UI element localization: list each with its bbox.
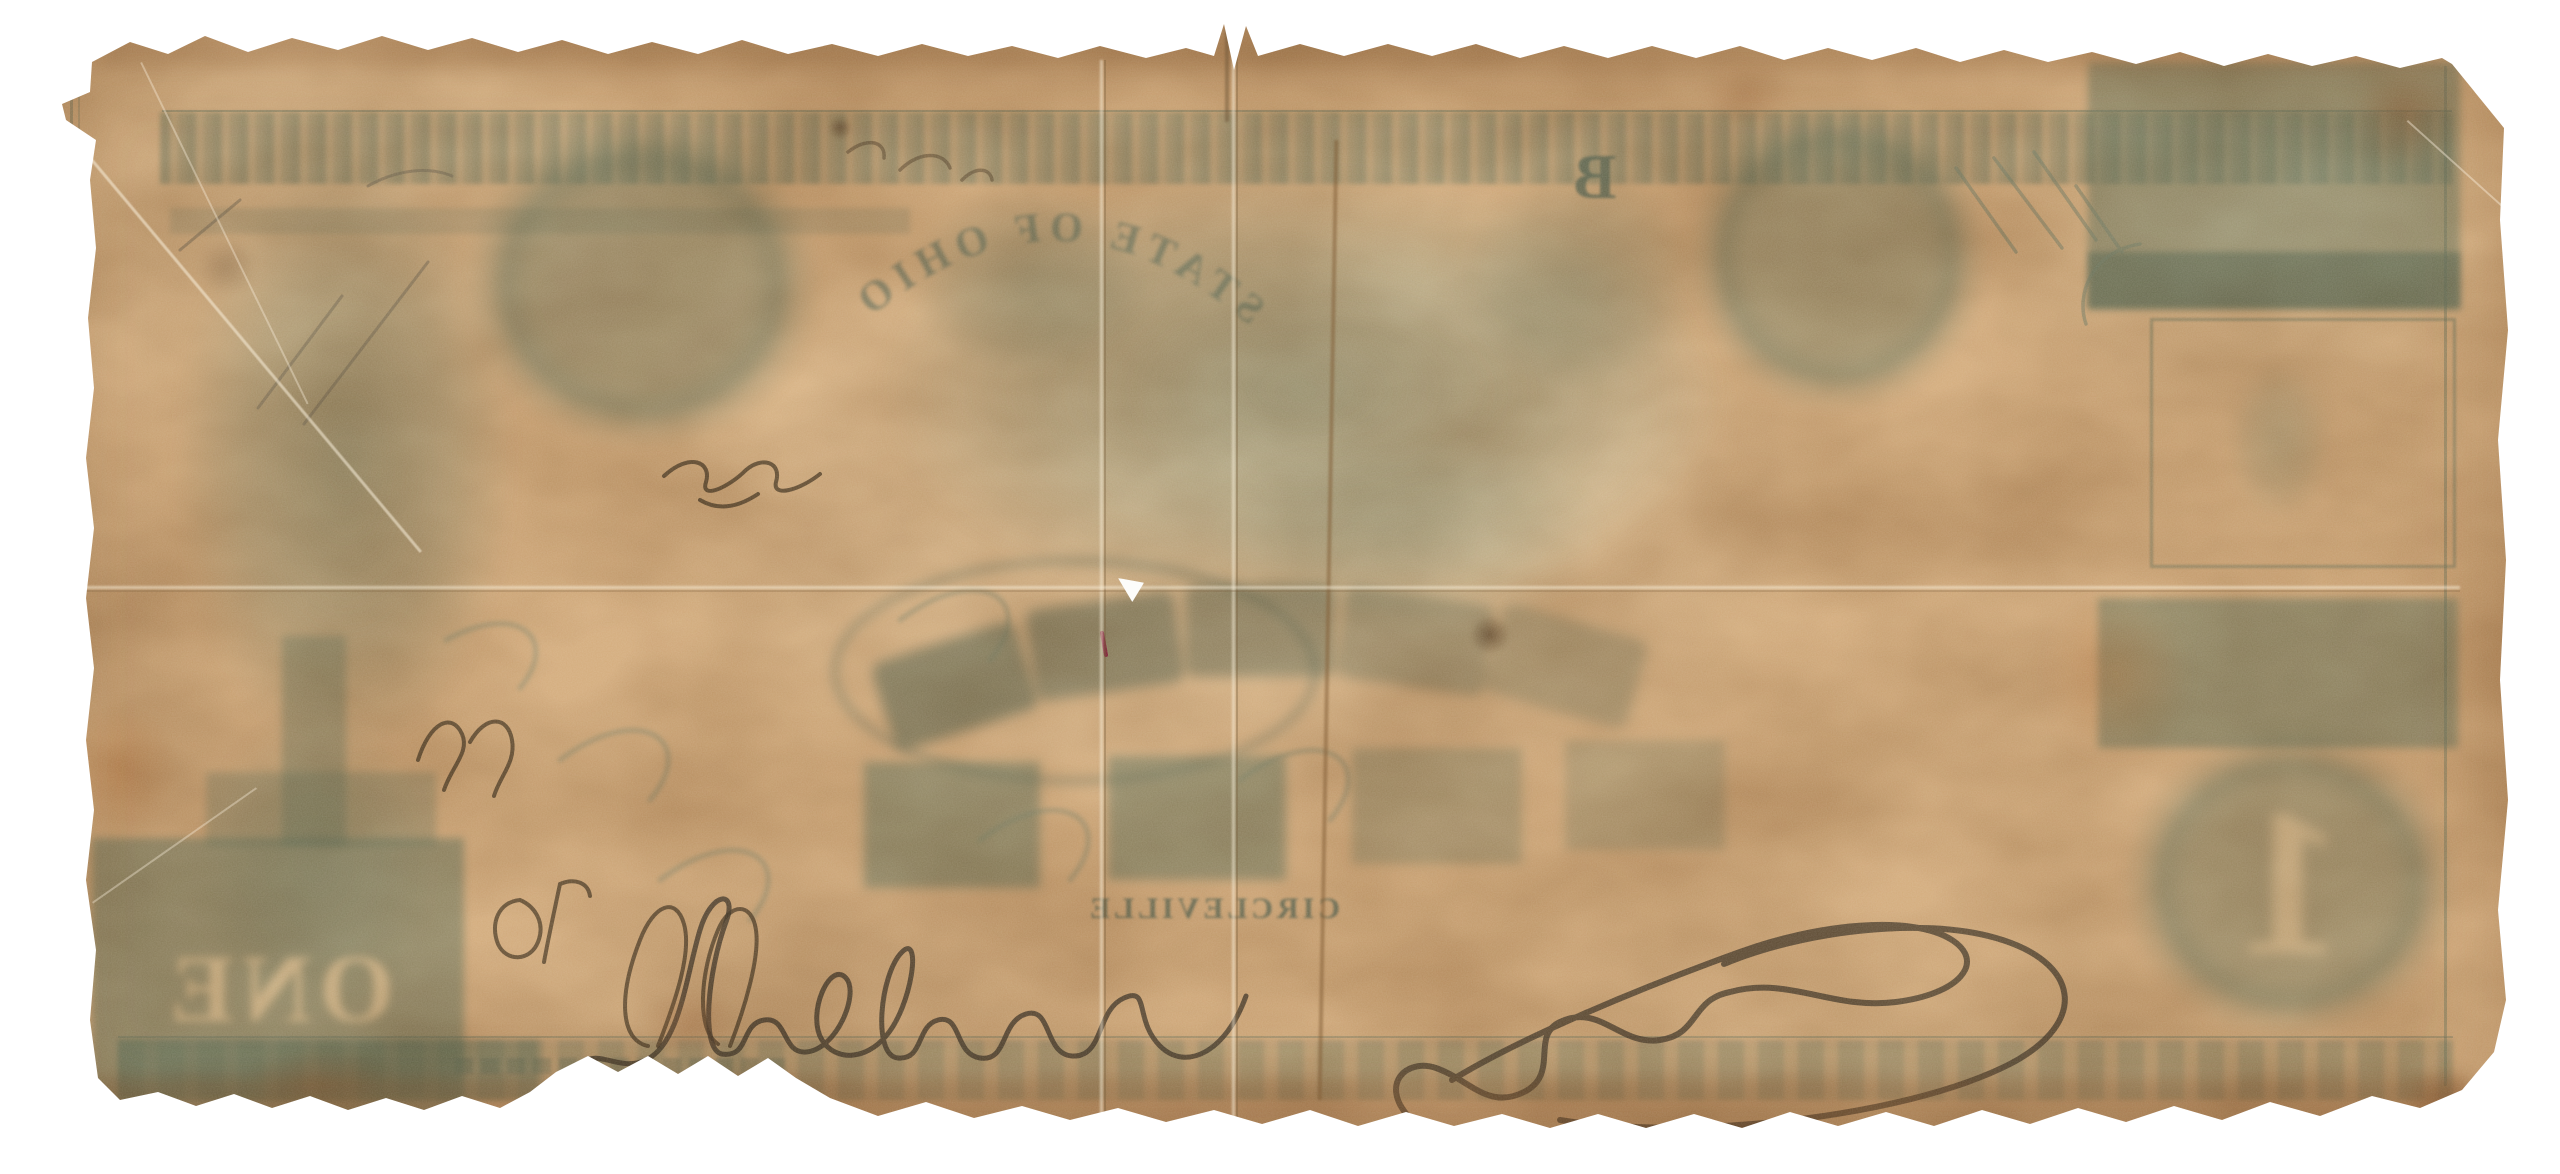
- ghost-border-line-left-inner: [78, 58, 80, 1102]
- crease-center-fold-shadow: [1236, 26, 1238, 1126]
- crease-horizontal-shadow: [80, 590, 2460, 592]
- scan-background: STATE OF OHIO B 1 CIRCLEVILLE: [0, 0, 2560, 1174]
- ghost-border-line-left: [70, 58, 73, 1102]
- crease-center-fold-highlight: [1232, 26, 1235, 1126]
- crease-horizontal-highlight: [80, 586, 2460, 589]
- banknote-reverse: STATE OF OHIO B 1 CIRCLEVILLE: [0, 0, 2560, 1174]
- tear-shadow-top-center: [1225, 30, 1229, 122]
